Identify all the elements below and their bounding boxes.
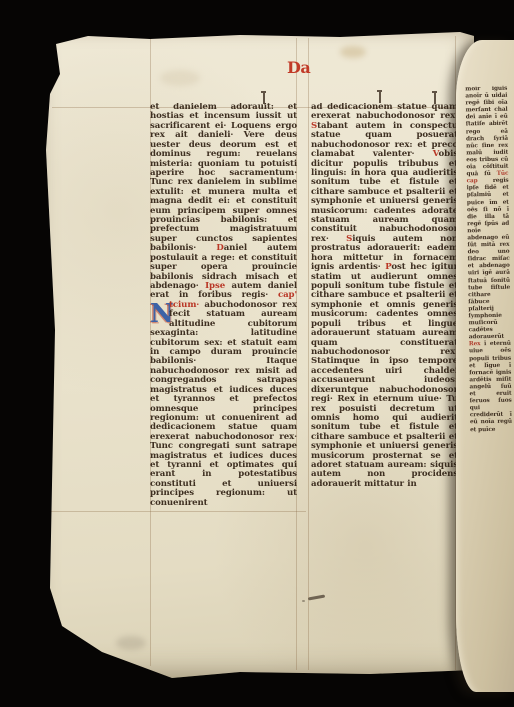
parchment-stain — [160, 70, 200, 86]
ink-smudge — [308, 595, 325, 600]
manuscript-photo: Da et danielem adorauit: et hostias et i… — [0, 0, 514, 707]
parchment-stain — [340, 46, 366, 58]
text-segment-ink: ost hec igitur statim ut audierunt omnes… — [311, 262, 458, 489]
manuscript-page: Da et danielem adorauit: et hostias et i… — [40, 30, 474, 678]
facing-page-edge: moīr iguis anoīr ū uidai regē ſibi oīa m… — [456, 40, 514, 692]
text-segment-rubric: Rex — [469, 341, 484, 347]
text-column-left: et danielem adorauit: et hostias et ince… — [150, 103, 297, 537]
text-segment-ink: ī eternū uiue oēs populi tribus et līgue… — [469, 341, 512, 433]
text-segment-ink: moīr iguis anoīr ū uidai regē ſibi oīa m… — [465, 86, 508, 178]
ascender-stroke — [379, 90, 381, 103]
text-segment-initial: N — [150, 302, 167, 326]
ink-smudge — [302, 600, 305, 602]
edge-text-column: moīr iguis anoīr ū uidai regē ſibi oīa m… — [465, 86, 514, 625]
ruling-line — [308, 38, 309, 670]
text-segment-ink: ad dedicacionem statue quam erexerat nab… — [311, 103, 458, 121]
text-column-right: ad dedicacionem statue quam erexerat nab… — [311, 103, 458, 537]
parchment-stain — [116, 636, 146, 650]
running-header: Da — [287, 58, 310, 77]
text-segment-ink: obis dicitur populis tribubus et linguis… — [311, 149, 458, 244]
text-segment-ink: regis ipſe fidē et pſalmiū et puīce īm e… — [467, 178, 510, 341]
text-segment-ink: abuchodonosor rex fecit statuam auream a… — [150, 300, 297, 508]
text-segment-ink: et danielem adorauit: et hostias et ince… — [150, 103, 297, 253]
